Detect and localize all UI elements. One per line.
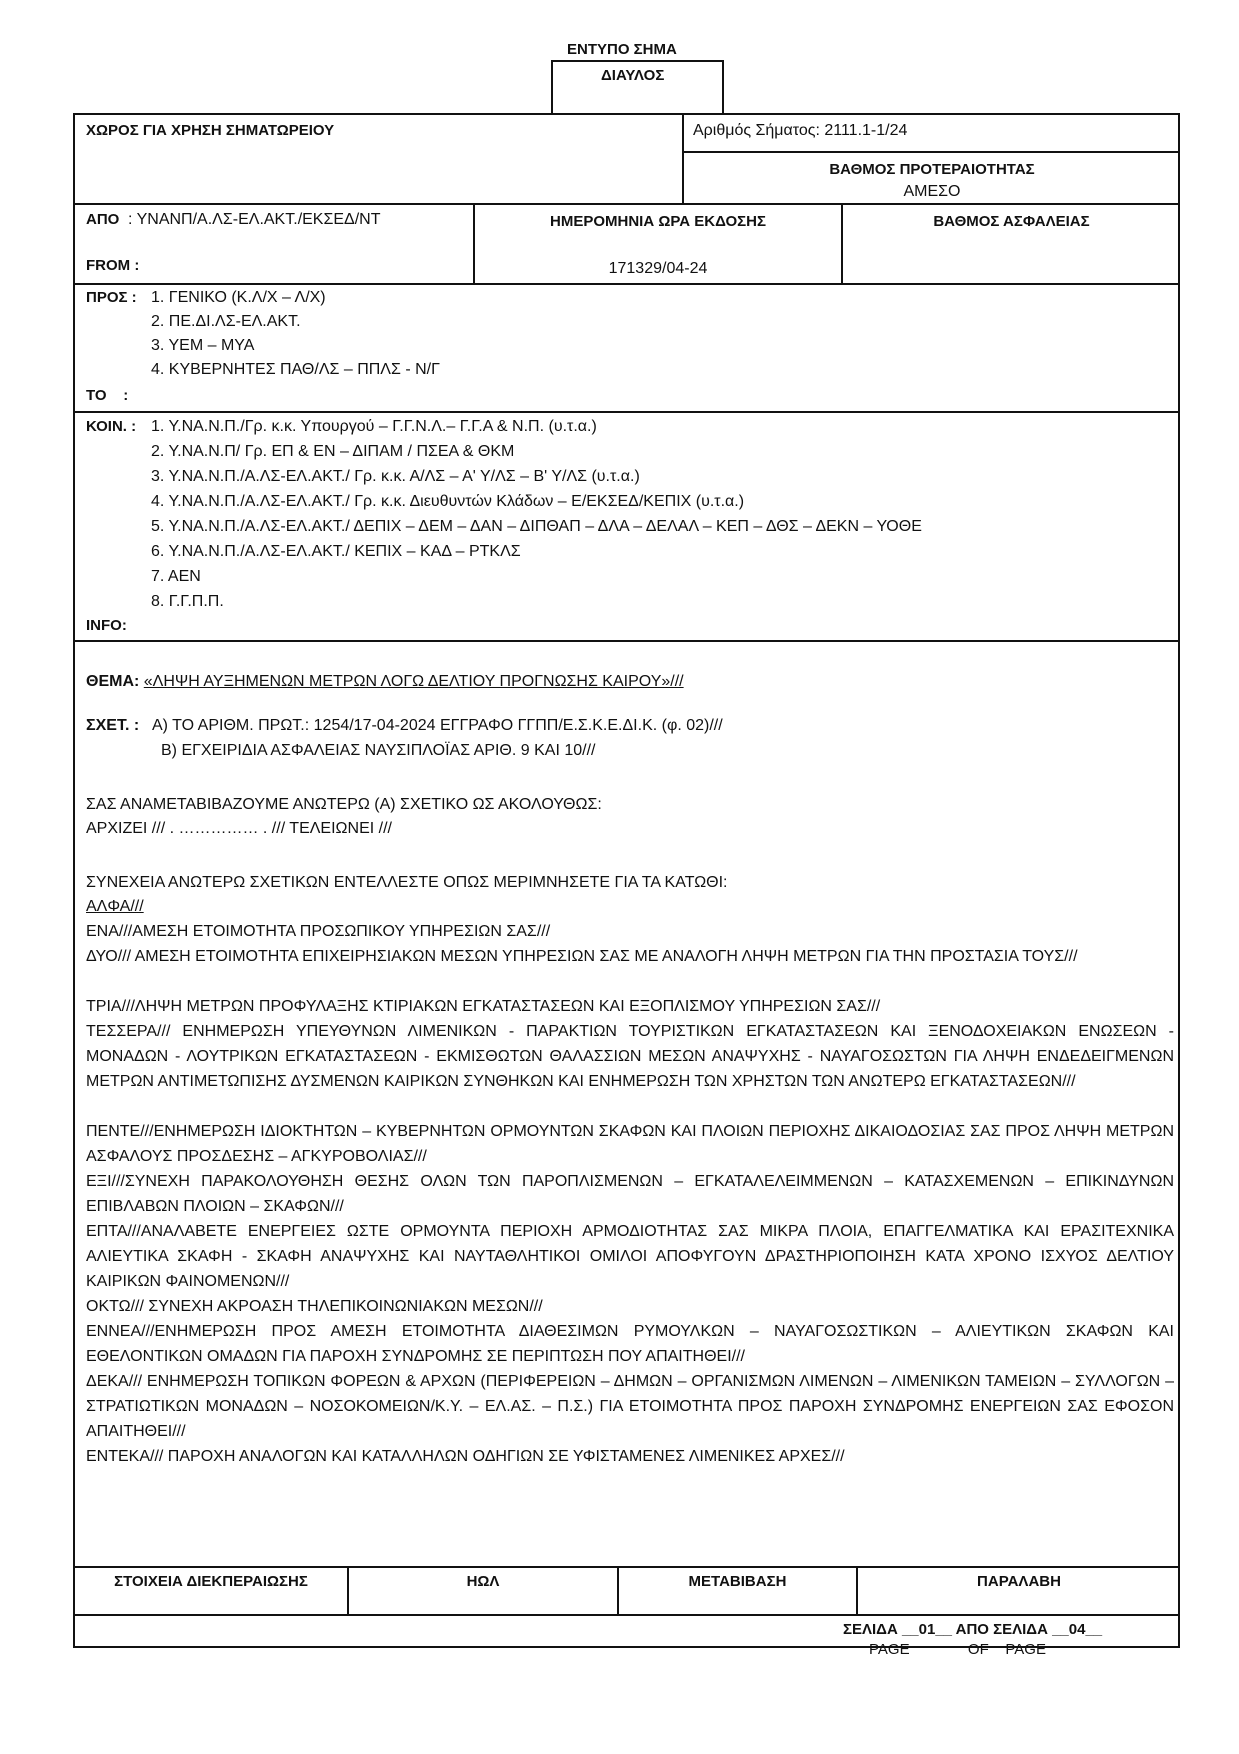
to-list: 1. ΓΕΝΙΚΟ (Κ.Λ/Χ – Λ/Χ) 2. ΠΕ.ΔΙ.ΛΣ-ΕΛ.Α… [151,288,440,380]
to-item: 4. ΚΥΒΕΡΝΗΤΕΣ ΠΑΘ/ΛΣ – ΠΠΛΣ - Ν/Γ [151,360,440,380]
info-item: 5. Υ.ΝΑ.Ν.Π./Α.ΛΣ-ΕΛ.ΑΚΤ./ ΔΕΠΙΧ – ΔΕΜ –… [151,517,922,537]
info-item: 6. Υ.ΝΑ.Ν.Π./Α.ΛΣ-ΕΛ.ΑΚΤ./ ΚΕΠΙΧ – ΚΑΔ –… [151,542,922,562]
signal-office-label: ΧΩΡΟΣ ΓΙΑ ΧΡΗΣΗ ΣΗΜΑΤΩΡΕΙΟΥ [86,121,334,141]
page-number-gr: ΣΕΛΙΔΑ __01__ ΑΠΟ ΣΕΛΙΔΑ __04__ [843,1620,1102,1640]
info-label-gr: ΚΟΙΝ. : [86,417,136,437]
from-label-gr: ΑΠΟ [86,210,119,230]
info-item: 8. Γ.Γ.Π.Π. [151,592,922,612]
subject-value: «ΛΗΨΗ ΑΥΞΗΜΕΝΩΝ ΜΕΤΡΩΝ ΛΟΓΩ ΔΕΛΤΙΟΥ ΠΡΟΓ… [144,673,684,690]
date-label: ΗΜΕΡΟΜΗΝΙΑ ΩΡΑ ΕΚΔΟΣΗΣ [475,212,841,232]
footer-col-hol: ΗΩΛ [349,1572,617,1592]
priority-value: ΑΜΕΣΟ [684,182,1180,202]
priority-label: ΒΑΘΜΟΣ ΠΡΟΤΕΡΑΙΟΤΗΤΑΣ [684,160,1180,180]
instruction-line: ΣΥΝΕΧΕΙΑ ΑΝΩΤΕΡΩ ΣΧΕΤΙΚΩΝ ΕΝΤΕΛΛΕΣΤΕ ΟΠΩ… [86,873,728,893]
divider [73,283,1180,285]
divider [73,640,1180,642]
paragraph-5: ΠΕΝΤΕ///ΕΝΗΜΕΡΩΣΗ ΙΔΙΟΚΤΗΤΩΝ – ΚΥΒΕΡΝΗΤΩ… [86,1119,1174,1169]
footer-col-transmission: ΜΕΤΑΒΙΒΑΣΗ [619,1572,856,1592]
info-list: 1. Υ.ΝΑ.Ν.Π./Γρ. κ.κ. Υπουργού – Γ.Γ.Ν.Λ… [151,417,922,612]
to-label-gr: ΠΡΟΣ : [86,288,137,308]
channel-label: ΔΙΑΥΛΟΣ [601,66,664,86]
begin-end-line: ΑΡΧΙΖΕΙ /// . …………… . /// ΤΕΛΕΙΩΝΕΙ /// [86,819,392,839]
from-label-en: FROM : [86,256,139,276]
paragraph-8: ΟΚΤΩ/// ΣΥΝΕΧΗ ΑΚΡΟΑΣΗ ΤΗΛΕΠΙΚΟΙΝΩΝΙΑΚΩΝ… [86,1294,1174,1319]
security-label: ΒΑΘΜΟΣ ΑΣΦΑΛΕΙΑΣ [843,212,1180,232]
paragraph-4: ΤΕΣΣΕΡΑ/// ΕΝΗΜΕΡΩΣΗ ΥΠΕΥΘΥΝΩΝ ΛΙΜΕΝΙΚΩΝ… [86,1019,1174,1094]
ref-b: Β) ΕΓΧΕΙΡΙΔΙΑ ΑΣΦΑΛΕΙΑΣ ΝΑΥΣΙΠΛΟΪΑΣ ΑΡΙΘ… [161,741,595,761]
paragraph-6: ΕΞΙ///ΣΥΝΕΧΗ ΠΑΡΑΚΟΛΟΥΘΗΣΗ ΘΕΣΗΣ ΟΛΩΝ ΤΩ… [86,1169,1174,1219]
info-item: 2. Υ.ΝΑ.Ν.Π/ Γρ. ΕΠ & ΕΝ – ΔΙΠΑΜ / ΠΣΕΑ … [151,442,922,462]
ref-a: Α) ΤΟ ΑΡΙΘΜ. ΠΡΩΤ.: 1254/17-04-2024 ΕΓΓΡ… [152,716,723,736]
divider [73,203,1180,205]
ref-label: ΣΧΕΤ. : [86,716,139,736]
paragraph-11: ΕΝΤΕΚΑ/// ΠΑΡΟΧΗ ΑΝΑΛΟΓΩΝ ΚΑΙ ΚΑΤΑΛΛΗΛΩΝ… [86,1444,1174,1469]
info-item: 1. Υ.ΝΑ.Ν.Π./Γρ. κ.κ. Υπουργού – Γ.Γ.Ν.Λ… [151,417,922,437]
from-value: : ΥΝΑΝΠ/Α.ΛΣ-ΕΛ.ΑΚΤ./ΕΚΣΕΔ/ΝΤ [128,210,381,230]
paragraph-2: ΔΥΟ/// ΑΜΕΣΗ ΕΤΟΙΜΟΤΗΤΑ ΕΠΙΧΕΙΡΗΣΙΑΚΩΝ Μ… [86,944,1174,969]
subject-line: ΘΕΜΑ: «ΛΗΨΗ ΑΥΞΗΜΕΝΩΝ ΜΕΤΡΩΝ ΛΟΓΩ ΔΕΛΤΙΟ… [86,672,684,692]
paragraph-10: ΔΕΚΑ/// ΕΝΗΜΕΡΩΣΗ ΤΟΠΙΚΩΝ ΦΟΡΕΩΝ & ΑΡΧΩΝ… [86,1369,1174,1444]
to-item: 3. ΥΕΜ – ΜΥΑ [151,336,440,356]
info-label-en: INFO: [86,616,127,636]
divider [73,1566,1180,1568]
info-item: 4. Υ.ΝΑ.Ν.Π./Α.ΛΣ-ΕΛ.ΑΚΤ./ Γρ. κ.κ. Διευ… [151,492,922,512]
page-number-en: PAGE OF PAGE [869,1640,1046,1660]
subject-label: ΘΕΜΑ: [86,673,139,690]
footer-col-processing: ΣΤΟΙΧΕΙΑ ΔΙΕΚΠΕΡΑΙΩΣΗΣ [75,1572,347,1592]
relay-line: ΣΑΣ ΑΝΑΜΕΤΑΒΙΒΑΖΟΥΜΕ ΑΝΩΤΕΡΩ (Α) ΣΧΕΤΙΚΟ… [86,795,602,815]
date-value: 171329/04-24 [475,259,841,279]
paragraph-3: ΤΡΙΑ///ΛΗΨΗ ΜΕΤΡΩΝ ΠΡΟΦΥΛΑΞΗΣ ΚΤΙΡΙΑΚΩΝ … [86,994,1174,1019]
divider [682,151,1180,153]
divider [73,1614,1180,1616]
info-item: 3. Υ.ΝΑ.Ν.Π./Α.ΛΣ-ΕΛ.ΑΚΤ./ Γρ. κ.κ. Α/ΛΣ… [151,467,922,487]
paragraph-9: ΕΝΝΕΑ///ΕΝΗΜΕΡΩΣΗ ΠΡΟΣ ΑΜΕΣΗ ΕΤΟΙΜΟΤΗΤΑ … [86,1319,1174,1369]
paragraph-1: ΕΝΑ///ΑΜΕΣΗ ΕΤΟΙΜΟΤΗΤΑ ΠΡΟΣΩΠΙΚΟΥ ΥΠΗΡΕΣ… [86,919,1174,944]
divider [73,411,1180,413]
to-item: 1. ΓΕΝΙΚΟ (Κ.Λ/Χ – Λ/Χ) [151,288,440,308]
paragraph-7: ΕΠΤΑ///ΑΝΑΛΑΒΕΤΕ ΕΝΕΡΓΕΙΕΣ ΩΣΤΕ ΟΡΜΟΥΝΤΑ… [86,1219,1174,1294]
form-title: ΕΝΤΥΠΟ ΣΗΜΑ [567,40,677,60]
info-item: 7. ΑΕΝ [151,567,922,587]
footer-col-receipt: ΠΑΡΑΛΑΒΗ [858,1572,1180,1592]
signal-number: Αριθμός Σήματος: 2111.1-1/24 [693,121,907,141]
to-label-en: TO : [86,386,128,406]
to-item: 2. ΠΕ.ΔΙ.ΛΣ-ΕΛ.ΑΚΤ. [151,312,440,332]
section-heading: ΑΛΦΑ/// [86,897,144,917]
